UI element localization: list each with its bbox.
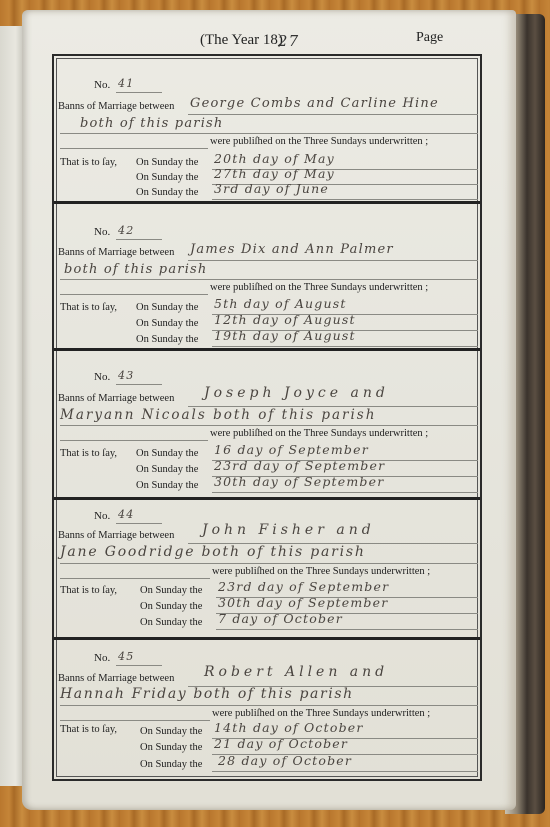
page-label: Page — [416, 30, 443, 46]
banns-label: Banns of Marriage between — [58, 530, 174, 541]
sunday-date-2: 30th day of September — [218, 595, 388, 610]
sunday-date-2: 23rd day of September — [214, 458, 385, 473]
sunday-date-2: 12th day of August — [214, 312, 356, 327]
banns-entry: No. 41 Banns of Marriage between George … — [54, 56, 480, 204]
sunday-label: On Sunday the — [136, 302, 198, 313]
names-line-1: John Fisher and — [202, 522, 375, 538]
year-handwritten: 27 — [278, 32, 300, 50]
published-label: were publiſhed on the Three Sundays unde… — [210, 136, 428, 147]
sunday-label: On Sunday the — [140, 759, 202, 770]
register-page: (The Year 1827) Page No. 41 Banns of Mar… — [22, 10, 516, 810]
published-label: were publiſhed on the Three Sundays unde… — [212, 708, 430, 719]
entry-number: 41 — [118, 77, 134, 90]
sunday-date-3: 30th day of September — [214, 474, 384, 489]
sunday-date-1: 23rd day of September — [218, 579, 389, 594]
names-line-2: Maryann Nicoals both of this parish — [60, 407, 376, 423]
names-line-2: Hannah Friday both of this parish — [60, 686, 354, 702]
published-label: were publiſhed on the Three Sundays unde… — [210, 282, 428, 293]
banns-entry: No. 42 Banns of Marriage between James D… — [54, 206, 480, 351]
sunday-label: On Sunday the — [140, 726, 202, 737]
that-is-to-say-label: That is to ſay, — [60, 448, 117, 459]
entry-number: 42 — [118, 224, 134, 237]
that-is-to-say-label: That is to ſay, — [60, 724, 117, 735]
sunday-label: On Sunday the — [136, 318, 198, 329]
names-line-2: Jane Goodridge both of this parish — [60, 544, 366, 560]
sunday-date-2: 21 day of October — [214, 736, 348, 751]
names-line-1: Robert Allen and — [204, 664, 388, 680]
sunday-date-1: 5th day of August — [214, 296, 347, 311]
sunday-label: On Sunday the — [136, 448, 198, 459]
banns-entry: No. 44 Banns of Marriage between John Fi… — [54, 502, 480, 640]
number-label: No. — [94, 652, 110, 664]
entry-number: 45 — [118, 650, 134, 663]
year-prefix: (The Year 18 — [200, 32, 278, 48]
sunday-label: On Sunday the — [136, 157, 198, 168]
sunday-date-3: 7 day of October — [218, 611, 343, 626]
that-is-to-say-label: That is to ſay, — [60, 585, 117, 596]
banns-entry: No. 43 Banns of Marriage between Joseph … — [54, 353, 480, 500]
sunday-label: On Sunday the — [136, 172, 198, 183]
sunday-date-2: 27th day of May — [214, 166, 335, 181]
sunday-date-3: 3rd day of June — [214, 181, 329, 196]
that-is-to-say-label: That is to ſay, — [60, 157, 117, 168]
names-line-1: James Dix and Ann Palmer — [190, 242, 394, 257]
sunday-label: On Sunday the — [136, 464, 198, 475]
sunday-date-1: 16 day of September — [214, 442, 369, 457]
page-header: (The Year 1827) Page — [22, 10, 516, 46]
sunday-label: On Sunday the — [140, 742, 202, 753]
names-line-2: both of this parish — [80, 116, 224, 131]
names-line-2: both of this parish — [64, 262, 208, 277]
that-is-to-say-label: That is to ſay, — [60, 302, 117, 313]
banns-label: Banns of Marriage between — [58, 247, 174, 258]
names-line-1: George Combs and Carline Hine — [190, 96, 439, 111]
number-label: No. — [94, 371, 110, 383]
year-heading: (The Year 1827) — [200, 32, 283, 49]
sunday-date-1: 20th day of May — [214, 151, 335, 166]
banns-entry: No. 45 Banns of Marriage between Robert … — [54, 642, 480, 779]
sunday-label: On Sunday the — [140, 585, 202, 596]
sunday-label: On Sunday the — [136, 187, 198, 198]
entry-number: 43 — [118, 369, 134, 382]
sunday-label: On Sunday the — [136, 480, 198, 491]
banns-label: Banns of Marriage between — [58, 673, 174, 684]
banns-register-frame: No. 41 Banns of Marriage between George … — [52, 54, 482, 781]
names-line-1: Joseph Joyce and — [204, 385, 389, 401]
published-label: were publiſhed on the Three Sundays unde… — [210, 428, 428, 439]
sunday-date-3: 28 day of October — [218, 753, 352, 768]
number-label: No. — [94, 226, 110, 238]
number-label: No. — [94, 79, 110, 91]
published-label: were publiſhed on the Three Sundays unde… — [212, 566, 430, 577]
sunday-label: On Sunday the — [136, 334, 198, 345]
banns-label: Banns of Marriage between — [58, 393, 174, 404]
number-label: No. — [94, 510, 110, 522]
sunday-label: On Sunday the — [140, 601, 202, 612]
entry-number: 44 — [118, 508, 134, 521]
sunday-date-3: 19th day of August — [214, 328, 356, 343]
sunday-date-1: 14th day of October — [214, 720, 364, 735]
sunday-label: On Sunday the — [140, 617, 202, 628]
banns-label: Banns of Marriage between — [58, 101, 174, 112]
